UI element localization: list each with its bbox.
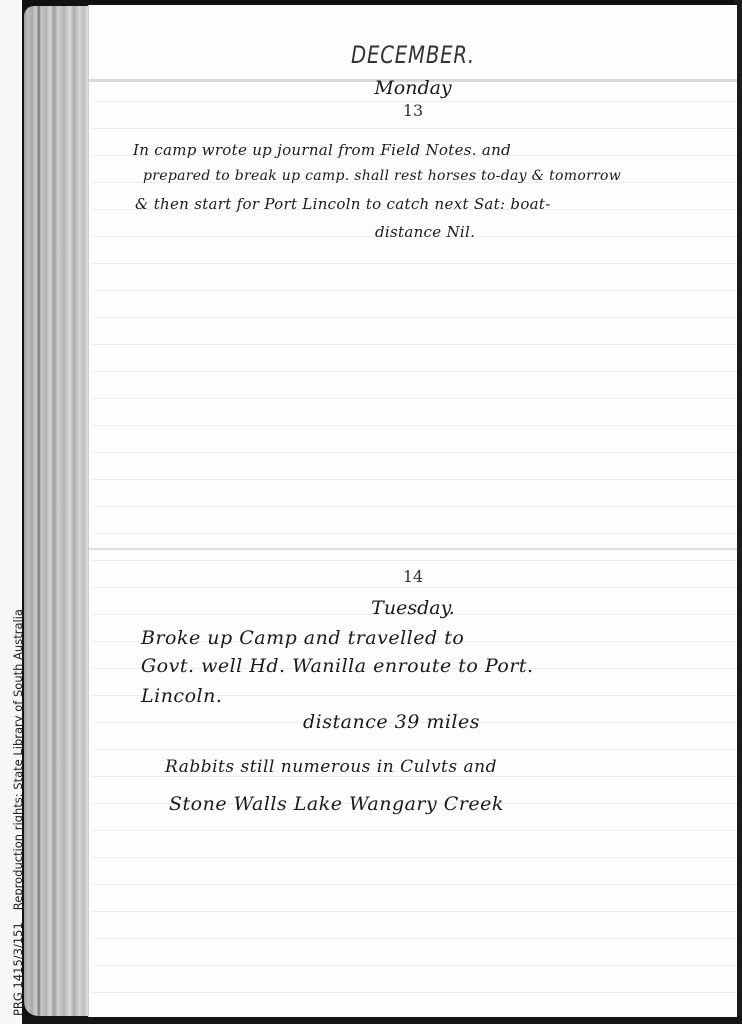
diary-book: DECEMBER. Monday 13 In camp wrote up jou… xyxy=(22,0,742,1024)
entry-14-note-2: Stone Walls Lake Wangary Creek xyxy=(169,793,504,815)
entry-13-line-1: In camp wrote up journal from Field Note… xyxy=(133,141,511,159)
weekday-monday: Monday xyxy=(89,77,737,99)
entry-14-note-1: Rabbits still numerous in Culvts and xyxy=(165,757,497,777)
day-number-14: 14 xyxy=(89,567,737,586)
bottom-shadow xyxy=(22,1016,742,1024)
entry-13-line-3: & then start for Port Lincoln to catch n… xyxy=(135,195,551,213)
month-heading: DECEMBER. xyxy=(147,41,678,69)
entry-13-distance: distance Nil. xyxy=(375,223,475,241)
entry-14-line-3: Lincoln. xyxy=(141,685,222,707)
entry-14-distance: distance 39 miles xyxy=(303,711,480,733)
entry-14-line-2: Govt. well Hd. Wanilla enroute to Port. xyxy=(141,655,534,677)
ruled-lines xyxy=(93,75,737,1017)
credit-strip: PRG 1415/3/151 Reproduction rights: Stat… xyxy=(0,0,22,1024)
weekday-tuesday: Tuesday. xyxy=(89,597,737,619)
entry-14-line-1: Broke up Camp and travelled to xyxy=(141,627,464,649)
day-number-13: 13 xyxy=(89,101,737,120)
day-divider-rule xyxy=(89,548,737,550)
page-edges xyxy=(24,6,92,1016)
entry-13-line-2: prepared to break up camp. shall rest ho… xyxy=(143,168,621,184)
diary-page: DECEMBER. Monday 13 In camp wrote up jou… xyxy=(88,5,737,1017)
